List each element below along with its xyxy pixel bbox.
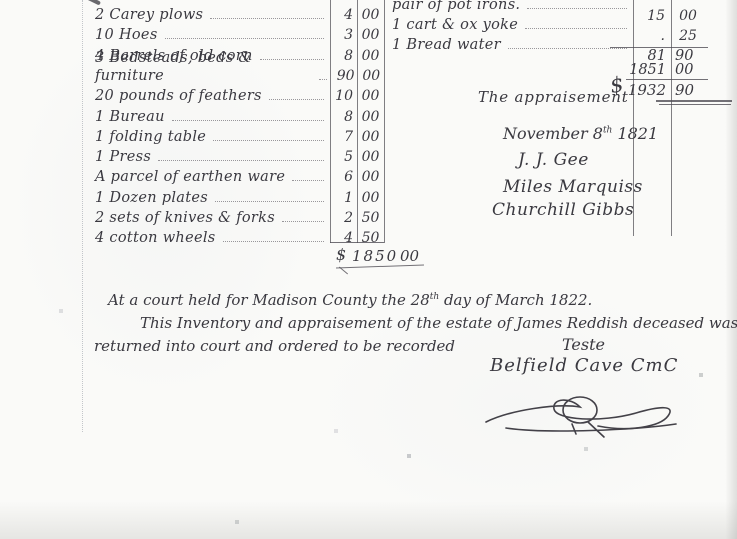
appraiser-signature-1: J. J. Gee	[518, 150, 589, 170]
cents-amount: 50	[357, 229, 384, 247]
left-column-rule-middle	[357, 0, 358, 243]
left-total-dollars: 1850	[352, 247, 398, 265]
item-text: 1 folding table	[95, 128, 206, 146]
dollars-amount: 6	[330, 168, 357, 186]
teste-label: Teste	[562, 335, 605, 354]
left-column-rule-outer	[330, 0, 331, 243]
left-inventory-row: A parcel of earthen ware600	[95, 166, 384, 186]
item-text: 1 Bureau	[95, 108, 165, 126]
left-column-bottom-rule	[330, 242, 384, 243]
cents-amount: 00	[357, 108, 384, 126]
left-inventory-row: 1 Bureau800	[95, 106, 384, 126]
dollars-amount: 90	[333, 67, 359, 85]
item-text: 20 pounds of feathers	[95, 87, 262, 105]
dot-leader	[215, 201, 324, 202]
dollars-amount: 15	[633, 7, 670, 25]
cents-amount: 00	[357, 26, 384, 44]
cents-amount: 00	[670, 7, 706, 25]
left-total-underline	[336, 264, 424, 268]
right-total-rule	[626, 79, 708, 80]
date-text: November 8	[503, 124, 603, 143]
court-line-1-end: day of March 1822.	[439, 291, 592, 309]
left-total-currency-sign: $	[336, 245, 346, 264]
grand-total-cents: 90	[675, 81, 694, 99]
item-text: 2 sets of knives & forks	[95, 209, 275, 227]
left-inventory-row: 2 sets of knives & forks250	[95, 207, 384, 227]
dollars-amount: 7	[330, 128, 357, 146]
date-year: 1821	[612, 124, 658, 143]
left-inventory-row: 1 Dozen plates100	[95, 187, 384, 207]
dollars-amount: 8	[330, 47, 357, 65]
item-text: 2 Carey plows	[95, 6, 203, 24]
left-inventory-row: 10 Hoes300	[95, 24, 384, 44]
appraiser-signature-2: Miles Marquiss	[503, 177, 643, 197]
item-text: 1 cart & ox yoke	[392, 16, 518, 34]
appraiser-signature-3: Churchill Gibbs	[492, 200, 634, 220]
item-text: pair of pot irons.	[392, 0, 520, 14]
grand-total-underline-1	[656, 100, 732, 102]
dot-leader	[269, 99, 324, 100]
cents-amount: 00	[357, 168, 384, 186]
dot-leader	[172, 120, 324, 121]
cents-amount: 00	[357, 128, 384, 146]
court-line-2: This Inventory and appraisement of the e…	[140, 314, 737, 332]
dot-leader	[525, 28, 627, 29]
item-text: 3 Bedsteads, beds & furniture	[95, 49, 312, 85]
cents-amount: 25	[670, 27, 706, 45]
dot-leader	[165, 38, 324, 39]
dollars-amount: 1	[330, 189, 357, 207]
dot-leader	[319, 79, 327, 80]
cents-amount: 00	[357, 6, 384, 24]
left-inventory-row: 3 Bedsteads, beds & furniture9000	[95, 65, 384, 85]
left-inventory-row: 1 Press500	[95, 146, 384, 166]
cents-amount: 00	[357, 87, 384, 105]
item-text: 1 Press	[95, 148, 151, 166]
dot-leader	[527, 8, 627, 9]
appraisement-date: November 8th 1821	[503, 124, 658, 143]
court-line-3: returned into court and ordered to be re…	[94, 337, 455, 355]
left-total-cents: 00	[400, 247, 419, 265]
right-column-rule-right	[671, 0, 672, 236]
court-line-1-text: At a court held for Madison County the 2…	[108, 291, 430, 309]
dot-leader	[282, 221, 324, 222]
left-inventory-row: 1 folding table700	[95, 126, 384, 146]
dot-leader	[210, 18, 324, 19]
paper-fold-line	[82, 0, 83, 432]
cents-amount: 50	[357, 209, 384, 227]
cents-amount: 00	[357, 189, 384, 207]
dollars-amount: 5	[330, 148, 357, 166]
left-column-rule-inner	[384, 0, 385, 243]
dollars-amount: 8	[330, 108, 357, 126]
clerk-signature: Belfield Cave CmC	[490, 355, 678, 376]
dot-leader	[158, 160, 324, 161]
cents-amount: 00	[357, 148, 384, 166]
dollars-amount: .	[633, 27, 670, 45]
dollars-amount: 3	[330, 26, 357, 44]
left-inventory-row: 2 Carey plows400	[95, 4, 384, 24]
scan-specks	[0, 0, 2, 2]
dollars-amount: 10	[330, 87, 357, 105]
carryover-cents: 00	[675, 62, 693, 78]
dollars-amount: 2	[330, 209, 357, 227]
left-inventory-row: 20 pounds of feathers1000	[95, 85, 384, 105]
item-text: 1 Dozen plates	[95, 189, 208, 207]
dot-leader	[213, 140, 324, 141]
item-text: 4 cotton wheels	[95, 229, 216, 247]
dollars-amount: 4	[330, 6, 357, 24]
appraisement-label: The appraisement	[478, 88, 629, 106]
item-text: A parcel of earthen ware	[95, 168, 285, 186]
grand-total-underline-2	[659, 104, 731, 105]
signature-flourish	[476, 382, 688, 442]
item-text: 10 Hoes	[95, 26, 158, 44]
dot-leader	[292, 180, 324, 181]
dot-leader	[223, 241, 324, 242]
cents-amount: 00	[357, 47, 384, 65]
cents-amount: 00	[359, 67, 384, 85]
court-line-1-superscript: th	[430, 292, 439, 302]
court-line-1: At a court held for Madison County the 2…	[108, 291, 592, 309]
item-text: 1 Bread water	[392, 36, 501, 54]
date-superscript: th	[603, 126, 612, 136]
scanned-document-page: 2 Carey plows40010 Hoes3004 Barrels of o…	[0, 0, 737, 539]
